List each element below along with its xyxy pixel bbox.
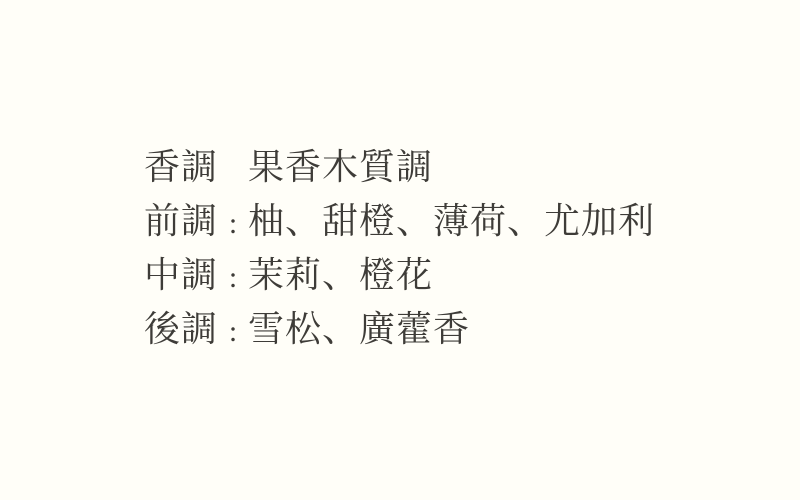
middle-notes-value: 茉莉、橙花 — [248, 248, 433, 302]
middle-notes-separator: : — [218, 251, 248, 305]
base-notes-row: 後調 : 雪松、廣藿香 — [144, 302, 655, 356]
top-notes-value: 柚、甜橙、薄荷、尤加利 — [248, 194, 655, 248]
scent-family-row: 香調 果香木質調 — [144, 140, 655, 194]
top-notes-row: 前調 : 柚、甜橙、薄荷、尤加利 — [144, 194, 655, 248]
scent-family-label: 香調 — [144, 140, 218, 194]
base-notes-label: 後調 — [144, 302, 218, 356]
middle-notes-row: 中調 : 茉莉、橙花 — [144, 248, 655, 302]
scent-family-value: 果香木質調 — [248, 140, 433, 194]
base-notes-value: 雪松、廣藿香 — [248, 302, 470, 356]
top-notes-label: 前調 — [144, 194, 218, 248]
top-notes-separator: : — [218, 197, 248, 251]
base-notes-separator: : — [218, 305, 248, 359]
fragrance-notes-block: 香調 果香木質調 前調 : 柚、甜橙、薄荷、尤加利 中調 : 茉莉、橙花 後調 … — [144, 140, 655, 356]
middle-notes-label: 中調 — [144, 248, 218, 302]
